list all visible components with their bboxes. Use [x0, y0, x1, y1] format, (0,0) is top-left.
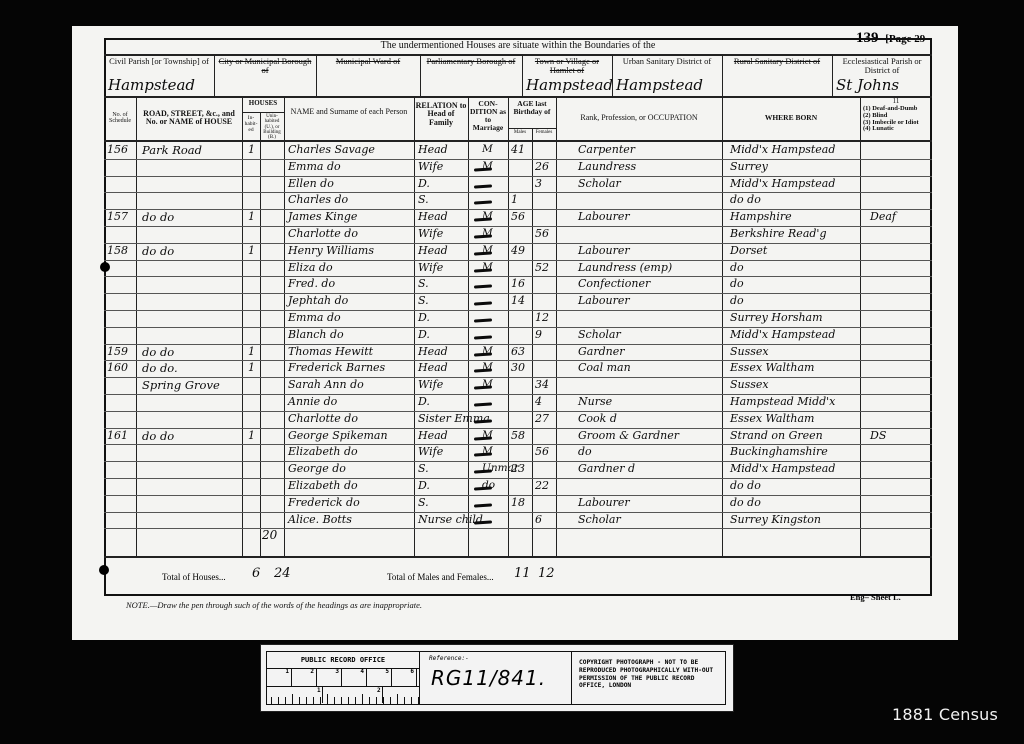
column-header-infirmity: (1) Deaf-and-Dumb (2) Blind (3) Imbecile…: [863, 106, 933, 133]
cell-occupation: Cook d: [578, 412, 617, 425]
cell-schedule: 159: [107, 345, 128, 358]
cell-male: 16: [511, 277, 525, 290]
cell-born: Midd'x Hampstead: [730, 177, 835, 190]
cell-occupation: Gardner: [578, 345, 625, 358]
cell-relation: D.: [418, 311, 430, 324]
ruler-tick: [306, 697, 307, 704]
cell-occupation: do: [578, 445, 592, 458]
cell-born: Sussex: [730, 378, 769, 391]
cell-occupation: Nurse: [578, 395, 612, 408]
sheet-code: Eng– Sheet L.: [850, 592, 901, 602]
census-page: 139 [Page 29 The undermentioned Houses a…: [72, 26, 958, 640]
ruler-scale-top: 123456: [267, 668, 420, 687]
cell-occupation: Gardner d: [578, 462, 635, 475]
census-year-badge: 1881 Census: [892, 705, 998, 724]
total-uninhabited: 24: [274, 566, 291, 581]
cell-name: Alice. Botts: [288, 513, 352, 526]
total-persons-label: Total of Males and Females...: [387, 572, 494, 582]
ruler-tick: [334, 697, 335, 704]
cell-name: Elizabeth do: [288, 479, 358, 492]
cell-born: Midd'x Hampstead: [730, 462, 835, 475]
ruler-tick: [348, 697, 349, 704]
boundary-label: Urban Sanitary District of: [614, 57, 720, 66]
cell-name: Annie do: [288, 395, 337, 408]
cell-occupation: Laundress: [578, 160, 636, 173]
cell-female: 12: [535, 311, 549, 324]
boundary-label: Municipal Ward of: [318, 57, 418, 66]
cell-relation: S.: [418, 277, 429, 290]
cell-relation: S.: [418, 294, 429, 307]
ruler-tick: [383, 697, 384, 704]
ruler-tick: [411, 697, 412, 704]
reference-label: Reference:-: [429, 655, 469, 662]
column-header-schedule: No. of Schedule: [105, 112, 135, 125]
cell-occupation: Laundress (emp): [578, 261, 672, 274]
ruler-tick: [390, 697, 391, 704]
ruler-tick: [362, 694, 363, 704]
cell-female: 52: [535, 261, 549, 274]
cell-relation: Head: [418, 429, 448, 442]
cell-occupation: Labourer: [578, 244, 630, 257]
cell-name: Henry Williams: [288, 244, 374, 257]
column-header-name: NAME and Surname of each Person: [285, 108, 413, 116]
cell-born: Hampstead Midd'x: [730, 395, 835, 408]
total-females: 12: [538, 566, 555, 581]
boundary-label: Town or Village or Hamlet of: [524, 57, 610, 75]
table-row: [104, 192, 932, 209]
ruler-mark: 5: [367, 668, 392, 686]
ruler-tick: [397, 694, 398, 704]
cell-occupation: Groom & Gardner: [578, 429, 679, 442]
cell-name: Emma do: [288, 311, 341, 324]
punch-hole: [100, 262, 110, 272]
cell-name: Elizabeth do: [288, 445, 358, 458]
cell-occupation: Confectioner: [578, 277, 650, 290]
boundary-label: Parliamentary Borough of: [422, 57, 520, 66]
table-row: [104, 478, 932, 495]
cell-born: Essex Waltham: [730, 361, 814, 374]
cell-relation: D.: [418, 177, 430, 190]
cell-occupation: Scholar: [578, 513, 621, 526]
cell-born: do: [730, 294, 744, 307]
cell-female: 3: [535, 177, 542, 190]
cell-schedule: 160: [107, 361, 128, 374]
cell-male: 18: [511, 496, 525, 509]
cell-born: Berkshire Read'g: [730, 227, 827, 240]
cell-name: Fred. do: [288, 277, 335, 290]
column-header-females: Females: [533, 130, 555, 135]
cell-occupation: Scholar: [578, 177, 621, 190]
column-header-age: AGE last Birthday of: [509, 100, 555, 116]
reference-code: RG11/841.: [431, 666, 546, 690]
ruler-tick: [278, 697, 279, 704]
cell-male: 30: [511, 361, 525, 374]
ruler-tick: [285, 697, 286, 704]
column-header-road: ROAD, STREET, &c., and No. or NAME of HO…: [137, 110, 241, 127]
copyright-notice: COPYRIGHT PHOTOGRAPH - NOT TO BE REPRODU…: [579, 659, 723, 690]
ruler-mark: 2: [292, 668, 317, 686]
ruler-mark: 4: [342, 668, 367, 686]
boundary-value: Hampstead: [526, 76, 613, 94]
cell-occupation: Carpenter: [578, 143, 635, 156]
cell-name: James Kinge: [288, 210, 357, 223]
boundary-value: Hampstead: [108, 76, 195, 94]
cell-name: George do: [288, 462, 346, 475]
cell-road: do do: [142, 345, 174, 359]
column-header-occupation: Rank, Profession, or OCCUPATION: [557, 114, 721, 122]
cell-relation: D.: [418, 479, 430, 492]
cell-name: George Spikeman: [288, 429, 388, 442]
cell-name: Frederick do: [288, 496, 360, 509]
boundary-label: Rural Sanitary District of: [724, 57, 830, 66]
cell-infirmity: DS: [870, 429, 886, 442]
cell-male: 58: [511, 429, 525, 442]
cell-female: 22: [535, 479, 549, 492]
cell-born: Essex Waltham: [730, 412, 814, 425]
cell-relation: Head: [418, 361, 448, 374]
cell-female: 56: [535, 227, 549, 240]
cell-name: Charles Savage: [288, 143, 375, 156]
total-inhabited: 6: [252, 566, 260, 581]
column-header-houses: HOUSES: [243, 100, 283, 107]
cell-female: 56: [535, 445, 549, 458]
cell-road: do do: [142, 210, 174, 224]
cell-occupation: Scholar: [578, 328, 621, 341]
cell-female: 9: [535, 328, 542, 341]
cell-inhabited: 1: [248, 429, 255, 442]
ruler-mark: 2: [377, 687, 383, 703]
cell-relation: Wife: [418, 160, 443, 173]
cell-born: do: [730, 277, 744, 290]
boundary-label: Ecclesiastical Parish or District of: [834, 57, 930, 75]
cell-name: Charlotte do: [288, 412, 358, 425]
cell-born: Dorset: [730, 244, 767, 257]
cell-relation: D.: [418, 328, 430, 341]
cell-male: 41: [511, 143, 525, 156]
ruler-tick: [313, 697, 314, 704]
cell-born: Surrey: [730, 160, 768, 173]
cell-born: Midd'x Hampstead: [730, 328, 835, 341]
ruler-mark: 3: [317, 668, 342, 686]
ruler-mark: 6: [392, 668, 417, 686]
cell-male: 63: [511, 345, 525, 358]
cell-female: 34: [535, 378, 549, 391]
cell-female: 6: [535, 513, 542, 526]
ruler-tick: [320, 697, 321, 704]
cell-born: Surrey Kingston: [730, 513, 821, 526]
cell-born: do: [730, 261, 744, 274]
cell-female: 4: [535, 395, 542, 408]
ruler-tick: [327, 694, 328, 704]
cell-name: Blanch do: [288, 328, 344, 341]
column-header-condition: CON-DITION as to Marriage: [469, 100, 507, 132]
cell-infirmity: Deaf: [870, 210, 896, 223]
cell-name: Ellen do: [288, 177, 334, 190]
cell-male: 49: [511, 244, 525, 257]
cell-born: Sussex: [730, 345, 769, 358]
cell-road: do do: [142, 429, 174, 443]
cell-name: Frederick Barnes: [288, 361, 385, 374]
ruler-tick: [404, 697, 405, 704]
cell-born: Buckinghamshire: [730, 445, 828, 458]
cell-male: 1: [511, 193, 518, 206]
cell-road: do do: [142, 244, 174, 258]
cell-inhabited: 1: [248, 361, 255, 374]
cell-name: Jephtah do: [288, 294, 348, 307]
header-banner: The undermentioned Houses are situate wi…: [104, 40, 932, 51]
cell-born: Strand on Green: [730, 429, 823, 442]
cell-born: Surrey Horsham: [730, 311, 823, 324]
cell-condition: M: [482, 143, 493, 155]
cell-name: Charles do: [288, 193, 348, 206]
cell-inhabited: 1: [248, 210, 255, 223]
cell-male: 23: [511, 462, 525, 475]
cell-road: Park Road: [142, 143, 202, 157]
cell-born: do do: [730, 479, 761, 492]
cell-relation: Head: [418, 143, 448, 156]
cell-female: 26: [535, 160, 549, 173]
cell-inhabited: 1: [248, 345, 255, 358]
cell-born: Midd'x Hampstead: [730, 143, 835, 156]
boundary-label: Civil Parish [or Township] of: [106, 57, 212, 66]
cell-road: do do.: [142, 361, 178, 375]
column-header-uninhabited: Unin-habited (U.), or Building (B.): [261, 114, 283, 140]
cell-relation: S.: [418, 462, 429, 475]
boundary-label: City or Municipal Borough of: [216, 57, 314, 75]
cell-name: Charlotte do: [288, 227, 358, 240]
cell-schedule: 161: [107, 429, 128, 442]
cell-name: Sarah Ann do: [288, 378, 364, 391]
column-header-relation: RELATION to Head of Family: [415, 102, 467, 127]
ruler-tick: [376, 697, 377, 704]
cell-relation: D.: [418, 395, 430, 408]
total-males: 11: [514, 566, 531, 581]
table-row: [104, 377, 932, 394]
cell-inhabited: 1: [248, 143, 255, 156]
ruler-tick: [341, 697, 342, 704]
cell-male: 56: [511, 210, 525, 223]
cell-relation: Wife: [418, 261, 443, 274]
cell-name: Thomas Hewitt: [288, 345, 373, 358]
table-row: [104, 260, 932, 277]
boundary-value: Hampstead: [616, 76, 703, 94]
archive-label: PUBLIC RECORD OFFICE 123456 12 Reference…: [260, 644, 734, 712]
cell-relation: Wife: [418, 227, 443, 240]
column-header-males: Males: [509, 130, 531, 135]
cell-occupation: Labourer: [578, 294, 630, 307]
cell-born: Hampshire: [730, 210, 792, 223]
cell-schedule: 158: [107, 244, 128, 257]
cell-name: Eliza do: [288, 261, 333, 274]
ruler-tick: [355, 697, 356, 704]
column-header-born: WHERE BORN: [723, 114, 859, 122]
ruler-tick: [292, 694, 293, 704]
cell-relation: Head: [418, 210, 448, 223]
cell-male: 14: [511, 294, 525, 307]
punch-hole: [99, 565, 109, 575]
footer-note: NOTE.—Draw the pen through such of the w…: [126, 600, 422, 610]
total-houses-label: Total of Houses...: [162, 572, 226, 582]
cell-occupation: Coal man: [578, 361, 631, 374]
cell-born: do do: [730, 193, 761, 206]
cell-schedule: 157: [107, 210, 128, 223]
cell-relation: S.: [418, 193, 429, 206]
ruler-tick: [369, 697, 370, 704]
cell-relation: Head: [418, 345, 448, 358]
cell-female: 27: [535, 412, 549, 425]
cell-relation: Wife: [418, 378, 443, 391]
table-row: [104, 159, 932, 176]
cell-born: do do: [730, 496, 761, 509]
boundary-value: St Johns: [836, 76, 899, 94]
cell-occupation: Labourer: [578, 496, 630, 509]
cell-inhabited: 1: [248, 244, 255, 257]
tally-mark: 20: [262, 528, 277, 542]
archive-office: PUBLIC RECORD OFFICE: [267, 652, 420, 669]
ruler-tick: [271, 697, 272, 704]
cell-name: Emma do: [288, 160, 341, 173]
column-header-inhabited: In-habit-ed: [243, 116, 259, 133]
ruler-mark: 1: [267, 668, 292, 686]
cell-relation: Wife: [418, 445, 443, 458]
cell-road: Spring Grove: [142, 378, 220, 392]
cell-occupation: Labourer: [578, 210, 630, 223]
ruler-scale-bottom: 12: [267, 686, 420, 704]
cell-relation: S.: [418, 496, 429, 509]
cell-relation: Head: [418, 244, 448, 257]
cell-schedule: 156: [107, 143, 128, 156]
ruler-tick: [299, 697, 300, 704]
